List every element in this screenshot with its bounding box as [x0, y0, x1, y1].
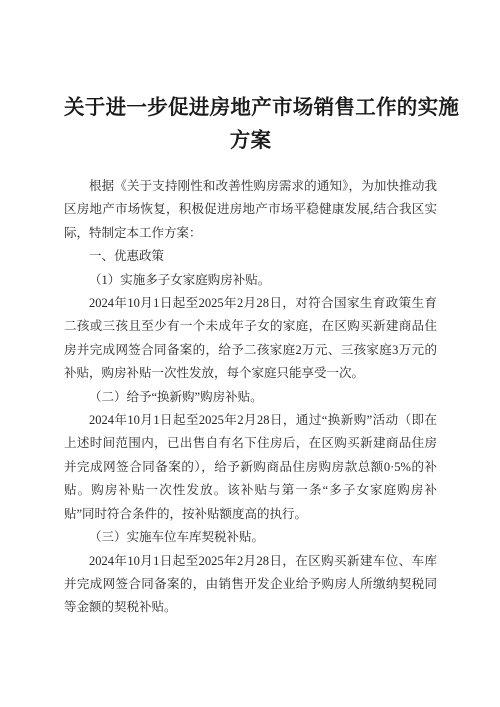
heading-item-2-trade-in-subsidy: （二）给予“换新购”购房补贴。 [64, 386, 437, 409]
paragraph-item-2-detail: 2024年10月1日起至2025年2月28日，通过“换新购”活动（即在上述时间范… [64, 409, 437, 526]
paragraph-item-3-detail: 2024年10月1日起至2025年2月28日，在区购买新建车位、车库并完成网签合… [64, 550, 437, 620]
paragraph-intro: 根据《关于支持刚性和改善性购房需求的通知》，为加快推动我区房地产市场恢复，积极促… [64, 175, 437, 245]
document-title-line-2: 方案 [64, 124, 437, 157]
paragraph-item-1-detail: 2024年10月1日起至2025年2月28日，对符合国家生育政策生育二孩或三孩且… [64, 292, 437, 386]
heading-item-3-parking-deed-tax-subsidy: （三）实施车位车库契税补贴。 [64, 526, 437, 549]
document-content-area: 关于进一步促进房地产市场销售工作的实施 方案 根据《关于支持刚性和改善性购房需求… [0, 0, 500, 620]
document-title-line-1: 关于进一步促进房地产市场销售工作的实施 [64, 91, 437, 124]
heading-section-1-preferential-policies: 一、优惠政策 [64, 245, 437, 268]
document-title: 关于进一步促进房地产市场销售工作的实施 方案 [64, 91, 437, 157]
heading-item-1-multi-child-subsidy: （1）实施多子女家庭购房补贴。 [64, 269, 437, 292]
document-body: 根据《关于支持刚性和改善性购房需求的通知》，为加快推动我区房地产市场恢复，积极促… [64, 175, 437, 620]
document-page: 关于进一步促进房地产市场销售工作的实施 方案 根据《关于支持刚性和改善性购房需求… [0, 0, 500, 707]
